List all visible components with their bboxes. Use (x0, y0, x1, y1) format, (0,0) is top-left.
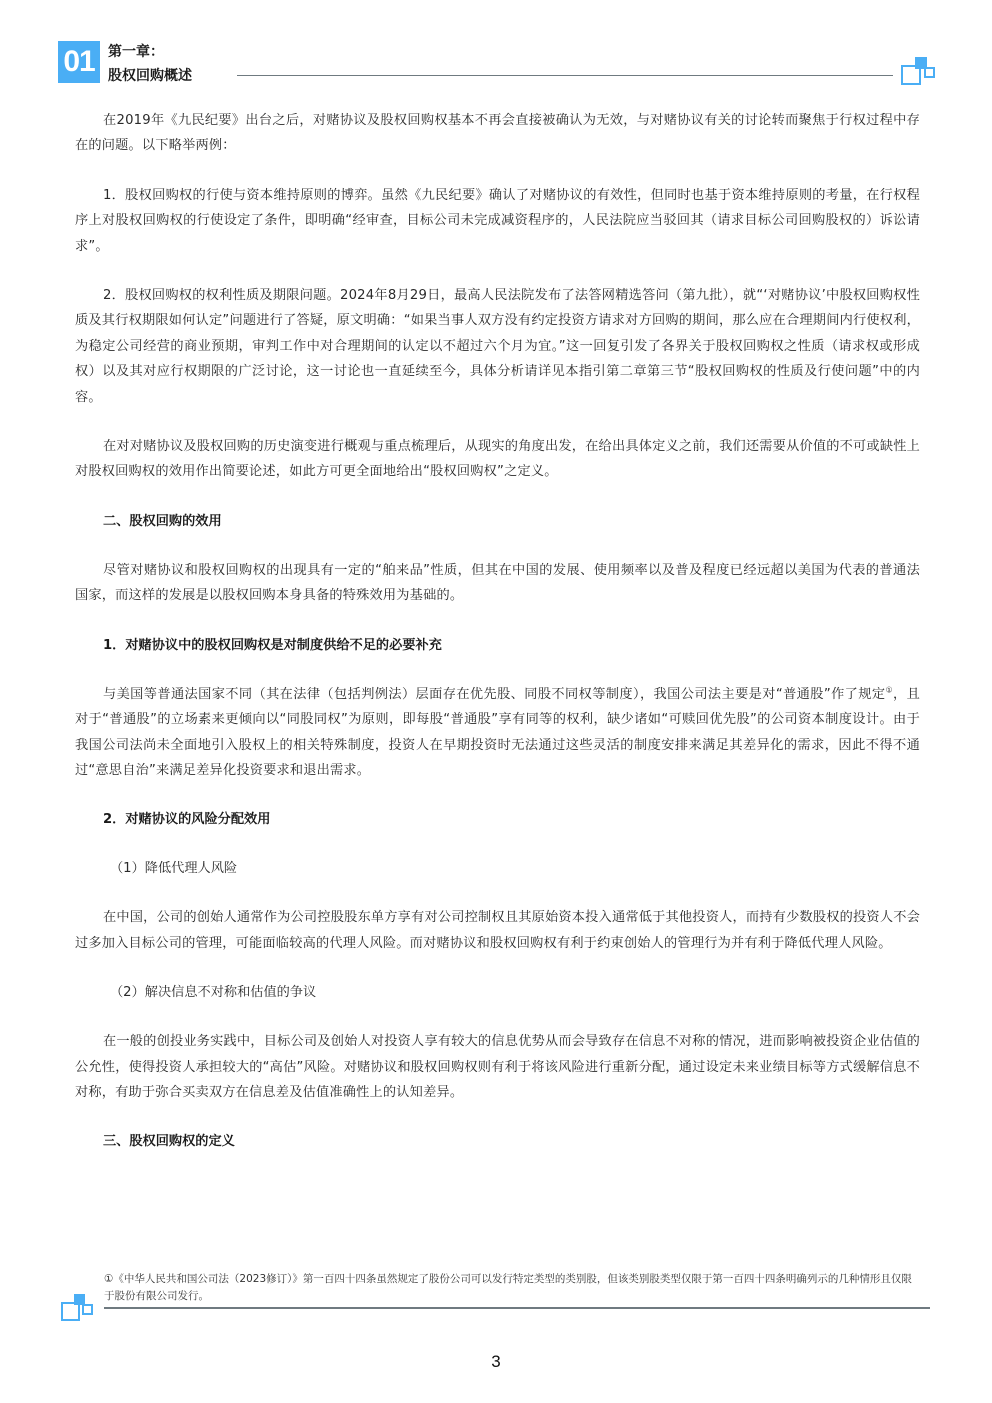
page-header: 01 第一章： 股权回购概述 (0, 0, 992, 100)
overlapping-squares-icon (899, 57, 939, 89)
header-divider (237, 75, 893, 76)
section-heading: 二、股权回购的效用 (75, 509, 920, 534)
subsection-heading: 2．对赌协议的风险分配效用 (75, 807, 920, 832)
footnote-marker[interactable]: ① (885, 685, 893, 694)
page-body: 在2019年《九民纪要》出台之后，对赌协议及股权回购权基本不再会直接被确认为无效… (75, 108, 920, 1154)
paragraph: 在一般的创投业务实践中，目标公司及创始人对投资人享有较大的信息优势从而会导致存在… (75, 1029, 920, 1105)
paragraph: 2．股权回购权的权利性质及期限问题。2024年8月29日，最高人民法院发布了法答… (75, 283, 920, 410)
sub-subsection-heading: （2）解决信息不对称和估值的争议 (75, 980, 920, 1005)
section-heading: 三、股权回购权的定义 (75, 1129, 920, 1154)
overlapping-squares-icon (60, 1292, 100, 1324)
footer-divider (104, 1307, 930, 1309)
footnote: ①《中华人民共和国公司法（2023修订）》第一百四十四条虽然规定了股份公司可以发… (104, 1271, 914, 1305)
paragraph: 在对对赌协议及股权回购的历史演变进行概观与重点梳理后，从现实的角度出发，在给出具… (75, 434, 920, 485)
chapter-label: 第一章： (108, 42, 164, 62)
chapter-title: 股权回购概述 (108, 66, 192, 86)
paragraph: 1．股权回购权的行使与资本维持原则的博弈。虽然《九民纪要》确认了对赌协议的有效性… (75, 183, 920, 259)
paragraph: 在2019年《九民纪要》出台之后，对赌协议及股权回购权基本不再会直接被确认为无效… (75, 108, 920, 159)
paragraph: 与美国等普通法国家不同（其在法律（包括判例法）层面存在优先股、同股不同权等制度）… (75, 682, 920, 784)
paragraph: 尽管对赌协议和股权回购权的出现具有一定的“舶来品”性质，但其在中国的发展、使用频… (75, 558, 920, 609)
sub-subsection-heading: （1）降低代理人风险 (75, 856, 920, 881)
chapter-number-badge: 01 (58, 41, 100, 83)
paragraph-text: 与美国等普通法国家不同（其在法律（包括判例法）层面存在优先股、同股不同权等制度）… (103, 687, 885, 702)
subsection-heading: 1．对赌协议中的股权回购权是对制度供给不足的必要补充 (75, 633, 920, 658)
paragraph: 在中国，公司的创始人通常作为公司控股股东单方享有对公司控制权且其原始资本投入通常… (75, 905, 920, 956)
page-number: 3 (0, 1352, 992, 1372)
